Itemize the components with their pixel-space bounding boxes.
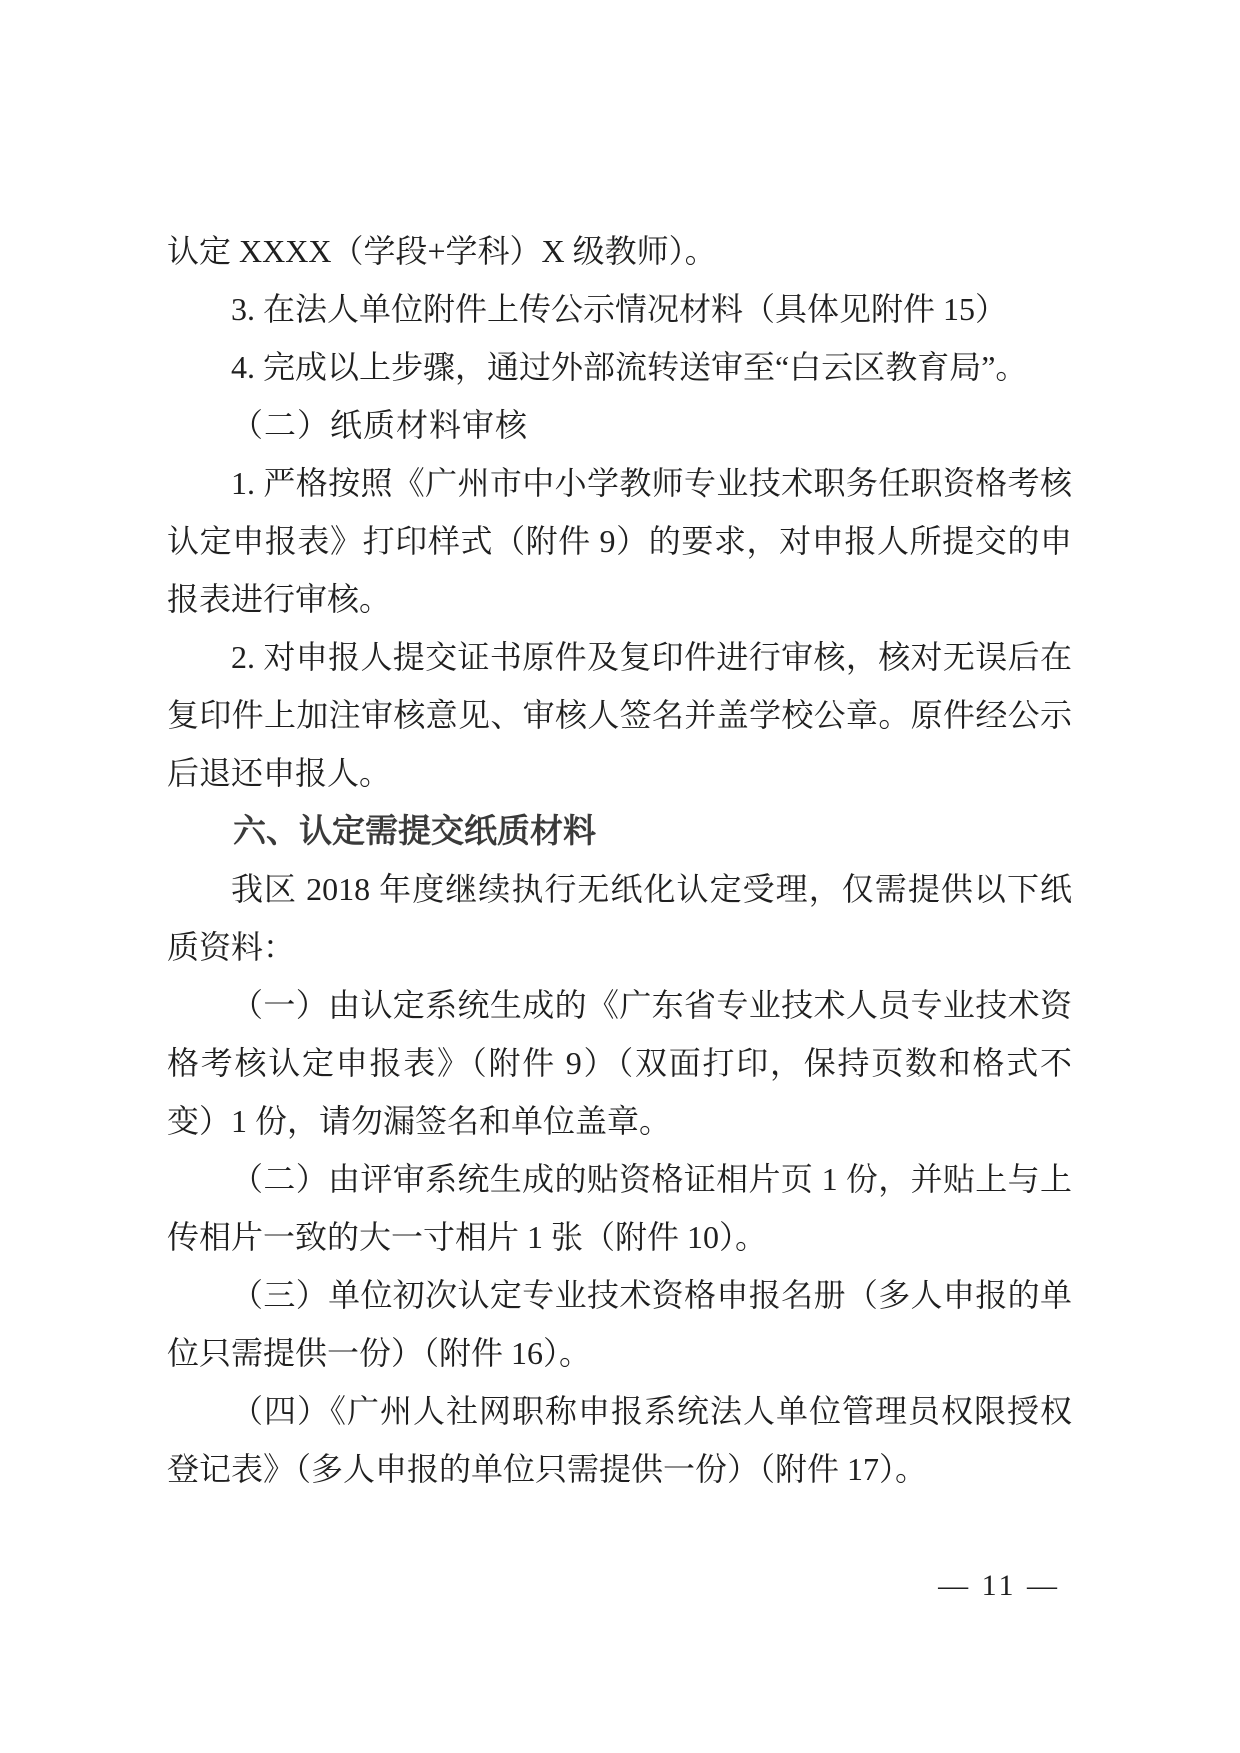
doc-line: 传相片一致的大一寸相片 1 张（附件 10）。 xyxy=(167,1208,1072,1266)
document-page: 认定 XXXX（学段+学科）X 级教师）。 3. 在法人单位附件上传公示情况材料… xyxy=(0,0,1240,1753)
doc-line: 认定 XXXX（学段+学科）X 级教师）。 xyxy=(167,222,1072,280)
doc-line: 后退还申报人。 xyxy=(167,744,1072,802)
doc-line-item-2: 2. 对申报人提交证书原件及复印件进行审核，核对无误后在 xyxy=(167,628,1072,686)
doc-line: 质资料： xyxy=(167,918,1072,976)
doc-line-item-3: 3. 在法人单位附件上传公示情况材料（具体见附件 15） xyxy=(167,280,1072,338)
doc-line: 登记表》（多人申报的单位只需提供一份）（附件 17）。 xyxy=(167,1440,1072,1498)
doc-line-item-one: （一）由认定系统生成的《广东省专业技术人员专业技术资 xyxy=(167,976,1072,1034)
doc-line: 复印件上加注审核意见、审核人签名并盖学校公章。原件经公示 xyxy=(167,686,1072,744)
document-body: 认定 XXXX（学段+学科）X 级教师）。 3. 在法人单位附件上传公示情况材料… xyxy=(167,222,1072,1498)
doc-line: 我区 2018 年度继续执行无纸化认定受理，仅需提供以下纸 xyxy=(167,860,1072,918)
doc-line: 认定申报表》打印样式（附件 9）的要求，对申报人所提交的申 xyxy=(167,512,1072,570)
doc-line-item-two: （二）由评审系统生成的贴资格证相片页 1 份，并贴上与上 xyxy=(167,1150,1072,1208)
page-number: — 11 — xyxy=(938,1557,1060,1615)
section-heading-paper-review: （二）纸质材料审核 xyxy=(167,396,1072,454)
doc-line-item-four: （四）《广州人社网职称申报系统法人单位管理员权限授权 xyxy=(167,1382,1072,1440)
section-heading-six: 六、认定需提交纸质材料 xyxy=(167,802,1072,860)
doc-line: 变）1 份，请勿漏签名和单位盖章。 xyxy=(167,1092,1072,1150)
doc-line: 位只需提供一份）（附件 16）。 xyxy=(167,1324,1072,1382)
doc-line: 格考核认定申报表》（附件 9）（双面打印，保持页数和格式不 xyxy=(167,1034,1072,1092)
doc-line-item-three: （三）单位初次认定专业技术资格申报名册（多人申报的单 xyxy=(167,1266,1072,1324)
doc-line-item-1: 1. 严格按照《广州市中小学教师专业技术职务任职资格考核 xyxy=(167,454,1072,512)
doc-line: 报表进行审核。 xyxy=(167,570,1072,628)
doc-line-item-4: 4. 完成以上步骤，通过外部流转送审至“白云区教育局”。 xyxy=(167,338,1072,396)
